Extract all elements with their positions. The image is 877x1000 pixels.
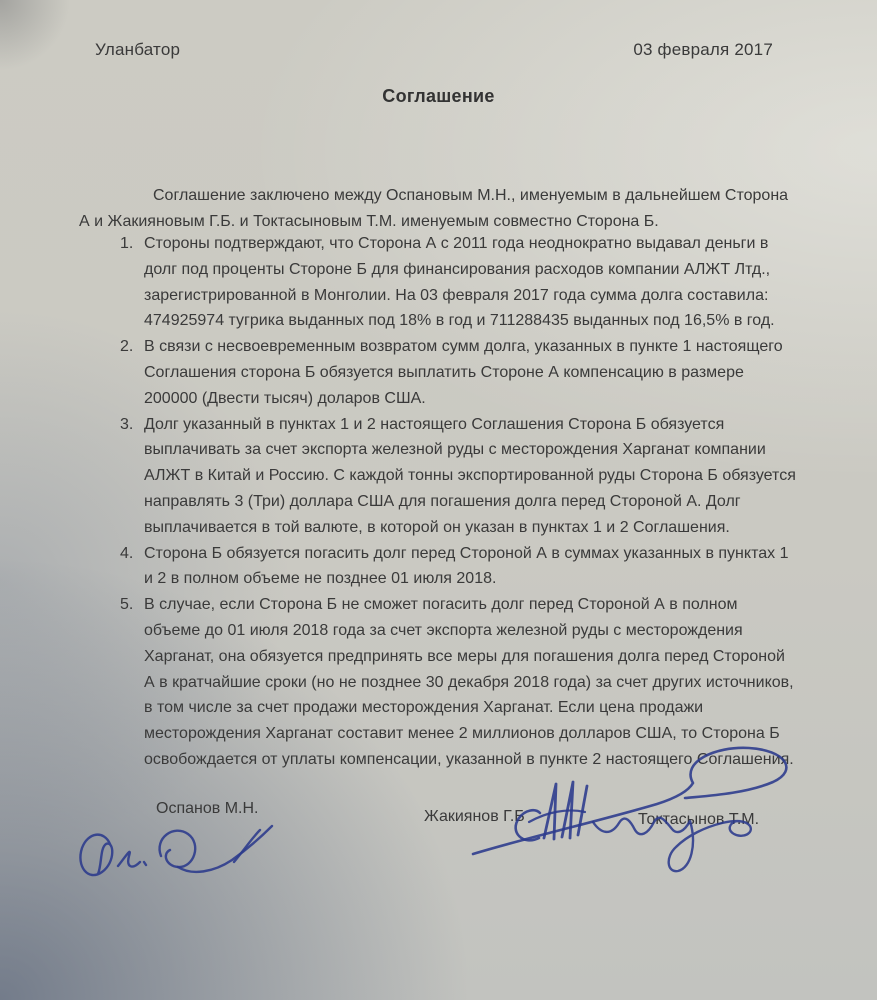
clause-text: Стороны подтверждают, что Сторона А с 20… (144, 231, 796, 334)
clause-number: 5. (120, 592, 144, 618)
clause-number: 4. (120, 541, 144, 567)
clause-item: 4. Сторона Б обязуется погасить долг пер… (120, 541, 796, 593)
document-date: 03 февраля 2017 (633, 40, 773, 60)
photographed-document: Уланбатор 03 февраля 2017 Соглашение Сог… (0, 0, 877, 1000)
document-city: Уланбатор (95, 40, 180, 60)
clause-text: Долг указанный в пунктах 1 и 2 настоящег… (144, 412, 796, 541)
clause-text: Сторона Б обязуется погасить долг перед … (144, 541, 796, 593)
clause-text: В связи с несвоевременным возвратом сумм… (144, 334, 796, 411)
signature-ink-ospanov (66, 812, 296, 912)
clause-item: 1. Стороны подтверждают, что Сторона А с… (120, 231, 796, 334)
signature-ink-toktasynov (443, 726, 833, 891)
clause-item: 3. Долг указанный в пунктах 1 и 2 настоя… (120, 412, 796, 541)
document-title: Соглашение (0, 86, 877, 107)
clause-number: 3. (120, 412, 144, 438)
clause-number: 2. (120, 334, 144, 360)
intro-paragraph: Соглашение заключено между Оспановым М.Н… (79, 183, 795, 235)
clause-item: 2. В связи с несвоевременным возвратом с… (120, 334, 796, 411)
document-header: Уланбатор 03 февраля 2017 (95, 40, 773, 60)
clause-list: 1. Стороны подтверждают, что Сторона А с… (120, 231, 796, 773)
clause-number: 1. (120, 231, 144, 257)
